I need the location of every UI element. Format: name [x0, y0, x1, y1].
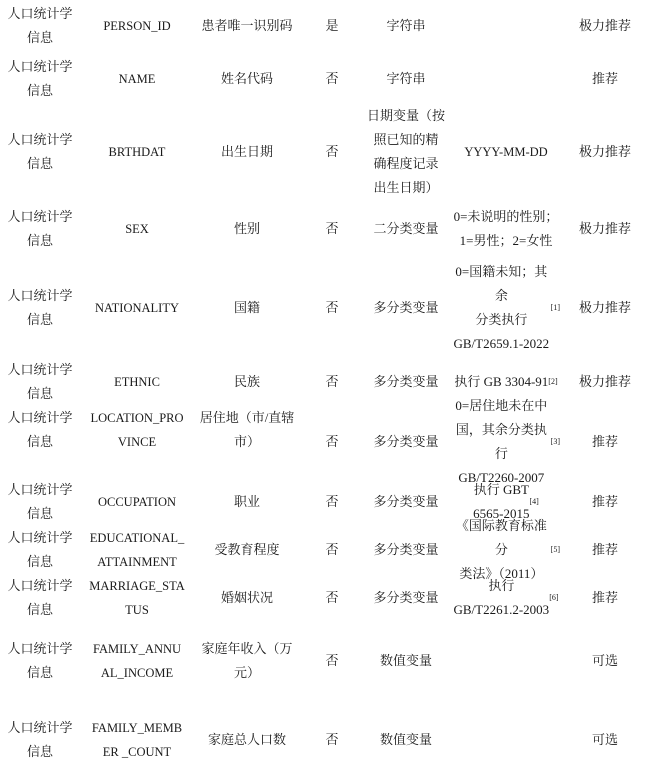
required-cell: 否: [312, 637, 352, 685]
recommendation-level-cell: 极力推荐: [570, 2, 640, 50]
recommendation-level-cell: 推荐: [570, 55, 640, 103]
category-cell: 人口统计学 信息: [0, 2, 80, 50]
values-cell: [452, 637, 560, 685]
table-row: 人口统计学 信息 SEX 性别 否 二分类变量 0=未说明的性别； 1=男性；2…: [0, 205, 647, 253]
values-text: 0=未说明的性别； 1=男性；2=女性: [454, 205, 559, 253]
table-row: 人口统计学 信息 PERSON_ID 患者唯一识别码 是 字符串 极力推荐: [0, 2, 647, 50]
required-cell: 否: [312, 716, 352, 764]
values-cell: 0=国籍未知；其余 分类执行 GB/T2659.1-2022[1]: [452, 272, 560, 344]
variable-code-cell: BRTHDAT: [82, 104, 192, 200]
data-type-cell: 多分类变量: [362, 574, 450, 622]
data-type-cell: 字符串: [362, 2, 450, 50]
variable-code-cell: FAMILY_MEMB ER _COUNT: [82, 716, 192, 764]
required-cell: 否: [312, 574, 352, 622]
table-row: 人口统计学 信息 BRTHDAT 出生日期 否 日期变量（按 照已知的精 确程度…: [0, 104, 647, 200]
variable-name-cell: 出生日期: [196, 104, 298, 200]
table-row: 人口统计学 信息 FAMILY_ANNU AL_INCOME 家庭年收入（万 元…: [0, 637, 647, 685]
recommendation-level-cell: 推荐: [570, 478, 640, 526]
required-cell: 否: [312, 526, 352, 574]
variable-name-cell: 性别: [196, 205, 298, 253]
variable-code-cell: PERSON_ID: [82, 2, 192, 50]
required-cell: 否: [312, 358, 352, 406]
recommendation-level-cell: 极力推荐: [570, 272, 640, 344]
recommendation-level-cell: 推荐: [570, 574, 640, 622]
variable-name-cell: 患者唯一识别码: [196, 2, 298, 50]
required-cell: 否: [312, 205, 352, 253]
variable-code-cell: NATIONALITY: [82, 272, 192, 344]
data-type-cell: 多分类变量: [362, 406, 450, 478]
recommendation-level-cell: 可选: [570, 716, 640, 764]
values-text: YYYY-MM-DD: [464, 140, 547, 164]
data-type-cell: 二分类变量: [362, 205, 450, 253]
data-type-cell: 数值变量: [362, 716, 450, 764]
data-type-cell: 多分类变量: [362, 272, 450, 344]
table-row: 人口统计学 信息 LOCATION_PRO VINCE 居住地（市/直辖 市） …: [0, 406, 647, 478]
category-cell: 人口统计学 信息: [0, 478, 80, 526]
variable-code-cell: LOCATION_PRO VINCE: [82, 406, 192, 478]
category-cell: 人口统计学 信息: [0, 574, 80, 622]
data-type-cell: 多分类变量: [362, 478, 450, 526]
variable-name-cell: 姓名代码: [196, 55, 298, 103]
required-cell: 否: [312, 55, 352, 103]
data-type-cell: 日期变量（按 照已知的精 确程度记录 出生日期）: [362, 104, 450, 200]
data-type-cell: 多分类变量: [362, 358, 450, 406]
variable-name-cell: 职业: [196, 478, 298, 526]
table-row: 人口统计学 信息 NAME 姓名代码 否 字符串 推荐: [0, 55, 647, 103]
required-cell: 否: [312, 406, 352, 478]
category-cell: 人口统计学 信息: [0, 205, 80, 253]
category-cell: 人口统计学 信息: [0, 637, 80, 685]
values-cell: [452, 55, 560, 103]
data-type-cell: 数值变量: [362, 637, 450, 685]
values-cell: [452, 2, 560, 50]
values-cell: 0=未说明的性别； 1=男性；2=女性: [452, 205, 560, 253]
recommendation-level-cell: 可选: [570, 637, 640, 685]
variable-name-cell: 家庭年收入（万 元）: [196, 637, 298, 685]
variable-code-cell: FAMILY_ANNU AL_INCOME: [82, 637, 192, 685]
recommendation-level-cell: 极力推荐: [570, 104, 640, 200]
recommendation-level-cell: 推荐: [570, 406, 640, 478]
data-type-cell: 多分类变量: [362, 526, 450, 574]
values-cell: 0=居住地未在中 国，其余分类执行 GB/T2260-2007[3]: [452, 406, 560, 478]
values-text: 执行 GB 3304-91: [454, 370, 548, 394]
required-cell: 是: [312, 2, 352, 50]
variable-name-cell: 民族: [196, 358, 298, 406]
variable-code-cell: SEX: [82, 205, 192, 253]
category-cell: 人口统计学 信息: [0, 526, 80, 574]
variable-name-cell: 国籍: [196, 272, 298, 344]
values-text: 0=国籍未知；其余 分类执行 GB/T2659.1-2022: [452, 260, 551, 356]
values-cell: 《国际教育标准分 类法》（2011）[5]: [452, 526, 560, 574]
values-cell: [452, 716, 560, 764]
required-cell: 否: [312, 478, 352, 526]
variable-code-cell: MARRIAGE_STA TUS: [82, 574, 192, 622]
category-cell: 人口统计学 信息: [0, 716, 80, 764]
category-cell: 人口统计学 信息: [0, 55, 80, 103]
table-row: 人口统计学 信息 MARRIAGE_STA TUS 婚姻状况 否 多分类变量 执…: [0, 574, 647, 622]
values-cell: YYYY-MM-DD: [452, 104, 560, 200]
required-cell: 否: [312, 272, 352, 344]
recommendation-level-cell: 极力推荐: [570, 205, 640, 253]
variable-code-cell: EDUCATIONAL_ ATTAINMENT: [82, 526, 192, 574]
variable-name-cell: 居住地（市/直辖 市）: [196, 406, 298, 478]
values-cell: 执行 GB/T2261.2-2003[6]: [452, 574, 560, 622]
values-text: 0=居住地未在中 国，其余分类执行 GB/T2260-2007: [452, 394, 551, 490]
table-row: 人口统计学 信息 NATIONALITY 国籍 否 多分类变量 0=国籍未知；其…: [0, 272, 647, 344]
required-cell: 否: [312, 104, 352, 200]
recommendation-level-cell: 推荐: [570, 526, 640, 574]
variable-code-cell: OCCUPATION: [82, 478, 192, 526]
category-cell: 人口统计学 信息: [0, 104, 80, 200]
variable-code-cell: ETHNIC: [82, 358, 192, 406]
recommendation-level-cell: 极力推荐: [570, 358, 640, 406]
category-cell: 人口统计学 信息: [0, 272, 80, 344]
table-row: 人口统计学 信息 FAMILY_MEMB ER _COUNT 家庭总人口数 否 …: [0, 716, 647, 764]
variable-name-cell: 婚姻状况: [196, 574, 298, 622]
values-text: 执行 GB/T2261.2-2003: [453, 574, 549, 622]
category-cell: 人口统计学 信息: [0, 358, 80, 406]
variable-code-cell: NAME: [82, 55, 192, 103]
table-row: 人口统计学 信息 EDUCATIONAL_ ATTAINMENT 受教育程度 否…: [0, 526, 647, 574]
category-cell: 人口统计学 信息: [0, 406, 80, 478]
variable-name-cell: 家庭总人口数: [196, 716, 298, 764]
variable-name-cell: 受教育程度: [196, 526, 298, 574]
data-type-cell: 字符串: [362, 55, 450, 103]
